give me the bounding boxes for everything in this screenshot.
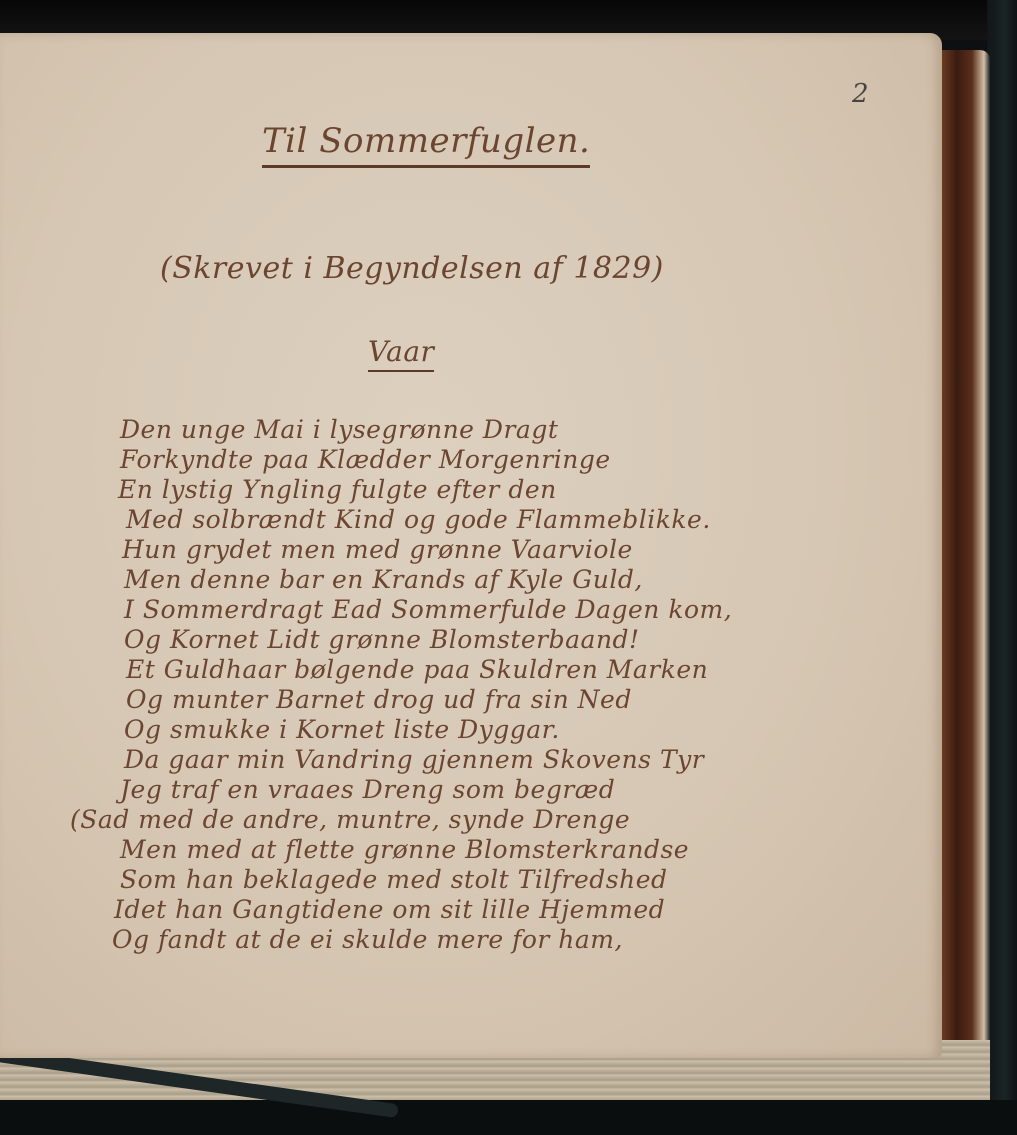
poem-subtitle: (Skrevet i Begyndelsen af 1829) xyxy=(160,251,664,286)
verse-line: Hun grydet men med grønne Vaarviole xyxy=(122,535,920,565)
verse-line: Som han beklagede med stolt Tilfredshed xyxy=(120,865,920,895)
poem-title: Til Sommerfuglen. xyxy=(262,121,590,168)
verse-line: Da gaar min Vandring gjennem Skovens Tyr xyxy=(124,745,920,775)
verse-line: (Sad med de andre, muntre, synde Drenge xyxy=(70,805,920,835)
verse-line: Jeg traf en vraaes Dreng som begræd xyxy=(120,775,920,805)
verse-line: Med solbrændt Kind og gode Flammeblikke. xyxy=(126,505,920,535)
verse-line: I Sommerdragt Ead Sommerfulde Dagen kom, xyxy=(124,595,920,625)
verse-line: En lystig Yngling fulgte efter den xyxy=(118,475,920,505)
photo-scene: 2 Til Sommerfuglen. (Skrevet i Begyndels… xyxy=(0,0,1017,1135)
verse-line: Og smukke i Kornet liste Dyggar. xyxy=(124,715,920,745)
verse-line: Og fandt at de ei skulde mere for ham, xyxy=(112,925,920,955)
verse-line: Den unge Mai i lysegrønne Dragt xyxy=(120,415,920,445)
page-number: 2 xyxy=(852,79,869,109)
background-bottom xyxy=(0,1100,1017,1135)
verse-line: Og munter Barnet drog ud fra sin Ned xyxy=(126,685,920,715)
verse-line: Et Guldhaar bølgende paa Skuldren Marken xyxy=(126,655,920,685)
manuscript-page: 2 Til Sommerfuglen. (Skrevet i Begyndels… xyxy=(0,33,942,1058)
verse-line: Og Kornet Lidt grønne Blomsterbaand! xyxy=(124,625,920,655)
verse-line: Idet han Gangtidene om sit lille Hjemmed xyxy=(114,895,920,925)
background-right xyxy=(987,0,1017,1135)
verse-line: Men denne bar en Krands af Kyle Guld, xyxy=(124,565,920,595)
verse-line: Men med at flette grønne Blomsterkrandse xyxy=(120,835,920,865)
section-heading: Vaar xyxy=(368,335,434,372)
verse-line: Forkyndte paa Klædder Morgenringe xyxy=(120,445,920,475)
verse-body: Den unge Mai i lysegrønne Dragt Forkyndt… xyxy=(120,415,920,955)
